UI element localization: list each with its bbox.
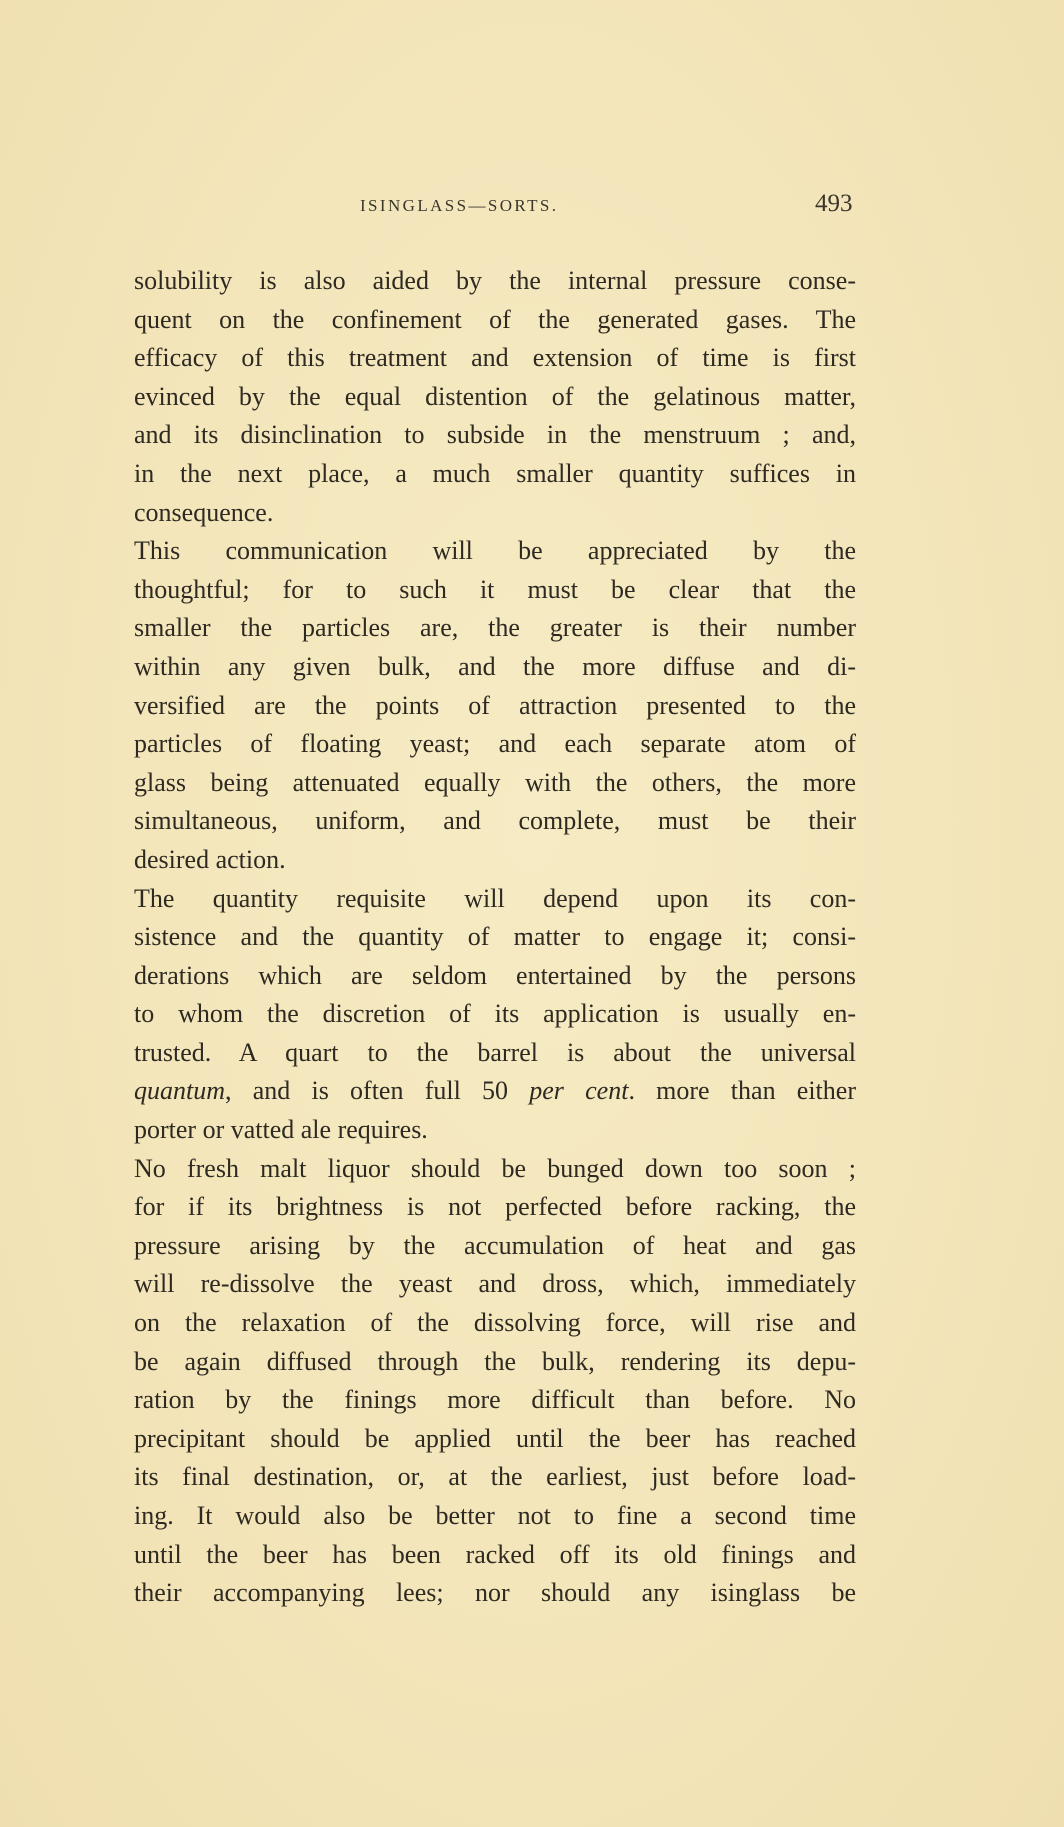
text-line: The quantity requisite will depend upon … <box>134 880 856 919</box>
book-page: ISINGLASS—SORTS. 493 solubility is also … <box>0 0 1064 1827</box>
text-line: smaller the particles are, the greater i… <box>134 609 856 648</box>
text-line: particles of floating yeast; and each se… <box>134 725 856 764</box>
text-line: precipitant should be applied until the … <box>134 1420 856 1459</box>
italic-term: per cent <box>529 1076 628 1105</box>
running-title: ISINGLASS—SORTS. <box>360 196 558 216</box>
paragraph-4: No fresh malt liquor should be bunged do… <box>134 1150 856 1613</box>
text-line: within any given bulk, and the more diff… <box>134 648 856 687</box>
text-line: porter or vatted ale requires. <box>134 1111 856 1150</box>
paragraph-1: solubility is also aided by the internal… <box>134 262 856 532</box>
text-line: consequence. <box>134 494 856 533</box>
text-line: on the relaxation of the dissolving forc… <box>134 1304 856 1343</box>
text-line: ration by the finings more difficult tha… <box>134 1381 856 1420</box>
text-line: until the beer has been racked off its o… <box>134 1536 856 1575</box>
italic-term: quantum <box>134 1076 225 1105</box>
text-line: versified are the points of attraction p… <box>134 687 856 726</box>
text-line: in the next place, a much smaller quanti… <box>134 455 856 494</box>
text-line: desired action. <box>134 841 856 880</box>
text-line: thoughtful; for to such it must be clear… <box>134 571 856 610</box>
text-line: will re-dissolve the yeast and dross, wh… <box>134 1265 856 1304</box>
paragraph-3: The quantity requisite will depend upon … <box>134 880 856 1150</box>
text-line: ing. It would also be better not to fine… <box>134 1497 856 1536</box>
text-line: evinced by the equal distention of the g… <box>134 378 856 417</box>
text-line: No fresh malt liquor should be bunged do… <box>134 1150 856 1189</box>
text-line: simultaneous, uniform, and complete, mus… <box>134 802 856 841</box>
text-line: be again diffused through the bulk, rend… <box>134 1343 856 1382</box>
text-line: pressure arising by the accumulation of … <box>134 1227 856 1266</box>
text-line: efficacy of this treatment and extension… <box>134 339 856 378</box>
text-line: solubility is also aided by the internal… <box>134 262 856 301</box>
body-text: solubility is also aided by the internal… <box>134 262 856 1613</box>
text-line: to whom the discretion of its applicatio… <box>134 995 856 1034</box>
text-line: and its disinclination to subside in the… <box>134 416 856 455</box>
text-fragment: , and is often full 50 <box>225 1076 529 1105</box>
paragraph-2: This communication will be appreciated b… <box>134 532 856 879</box>
text-line-mixed: quantum, and is often full 50 per cent. … <box>134 1072 856 1111</box>
text-line: glass being attenuated equally with the … <box>134 764 856 803</box>
text-line: its final destination, or, at the earlie… <box>134 1458 856 1497</box>
text-line: quent on the confinement of the generate… <box>134 301 856 340</box>
text-line: trusted. A quart to the barrel is about … <box>134 1034 856 1073</box>
text-line: sistence and the quantity of matter to e… <box>134 918 856 957</box>
page-number: 493 <box>815 190 853 218</box>
text-line: for if its brightness is not perfected b… <box>134 1188 856 1227</box>
text-fragment: . more than either <box>628 1076 856 1105</box>
text-line: their accompanying lees; nor should any … <box>134 1574 856 1613</box>
text-line: derations which are seldom entertained b… <box>134 957 856 996</box>
text-line: This communication will be appreciated b… <box>134 532 856 571</box>
